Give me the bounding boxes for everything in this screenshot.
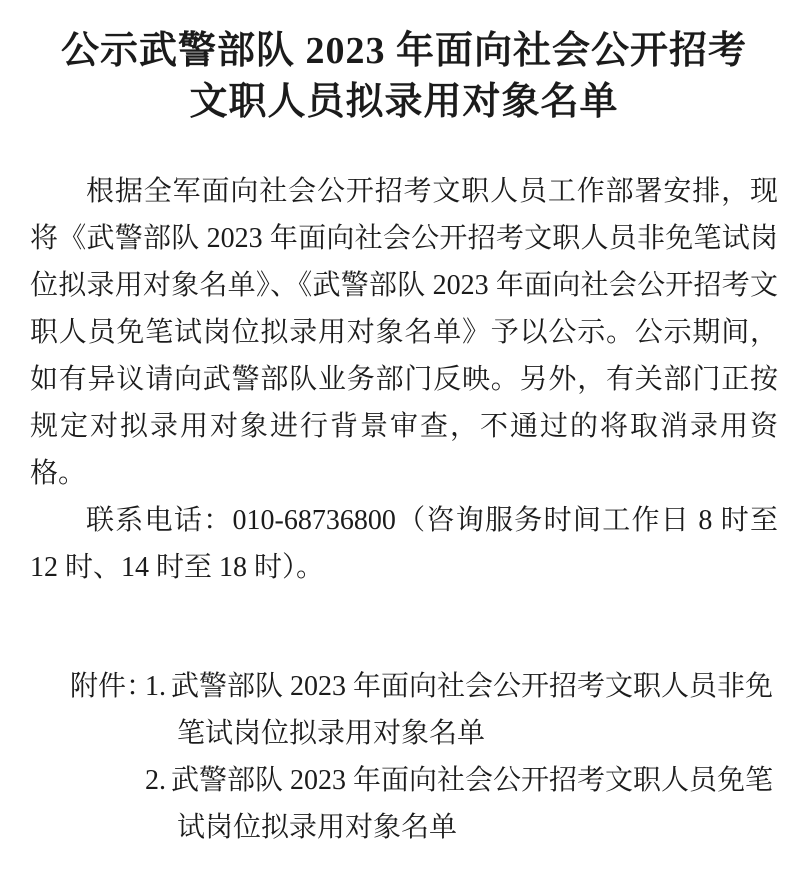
- attachment-item-2: 2.武警部队 2023 年面向社会公开招考文职人员免笔试岗位拟录用对象名单: [145, 757, 774, 851]
- paragraph-contact-phone: 联系电话：010-68736800（咨询服务时间工作日 8 时至 12 时、14…: [30, 497, 778, 591]
- attachments-section: 附件： 1.武警部队 2023 年面向社会公开招考文职人员非免笔试岗位拟录用对象…: [145, 663, 774, 851]
- attachment-item-1: 1.武警部队 2023 年面向社会公开招考文职人员非免笔试岗位拟录用对象名单: [145, 663, 774, 757]
- paragraph-announcement: 根据全军面向社会公开招考文职人员工作部署安排，现将《武警部队 2023 年面向社…: [30, 168, 778, 497]
- attachment-2-text: 武警部队 2023 年面向社会公开招考文职人员免笔试岗位拟录用对象名单: [171, 765, 773, 843]
- document-title: 公示武警部队 2023 年面向社会公开招考 文职人员拟录用对象名单: [30, 26, 778, 128]
- document-title-line-1: 公示武警部队 2023 年面向社会公开招考: [30, 26, 778, 77]
- attachments-label: 附件：: [70, 663, 154, 710]
- attachment-1-text: 武警部队 2023 年面向社会公开招考文职人员非免笔试岗位拟录用对象名单: [171, 671, 773, 749]
- document-body: 根据全军面向社会公开招考文职人员工作部署安排，现将《武警部队 2023 年面向社…: [30, 168, 778, 591]
- document-page: 公示武警部队 2023 年面向社会公开招考 文职人员拟录用对象名单 根据全军面向…: [0, 0, 804, 889]
- attachment-2-number: 2.: [145, 757, 171, 804]
- document-title-line-2: 文职人员拟录用对象名单: [30, 77, 778, 128]
